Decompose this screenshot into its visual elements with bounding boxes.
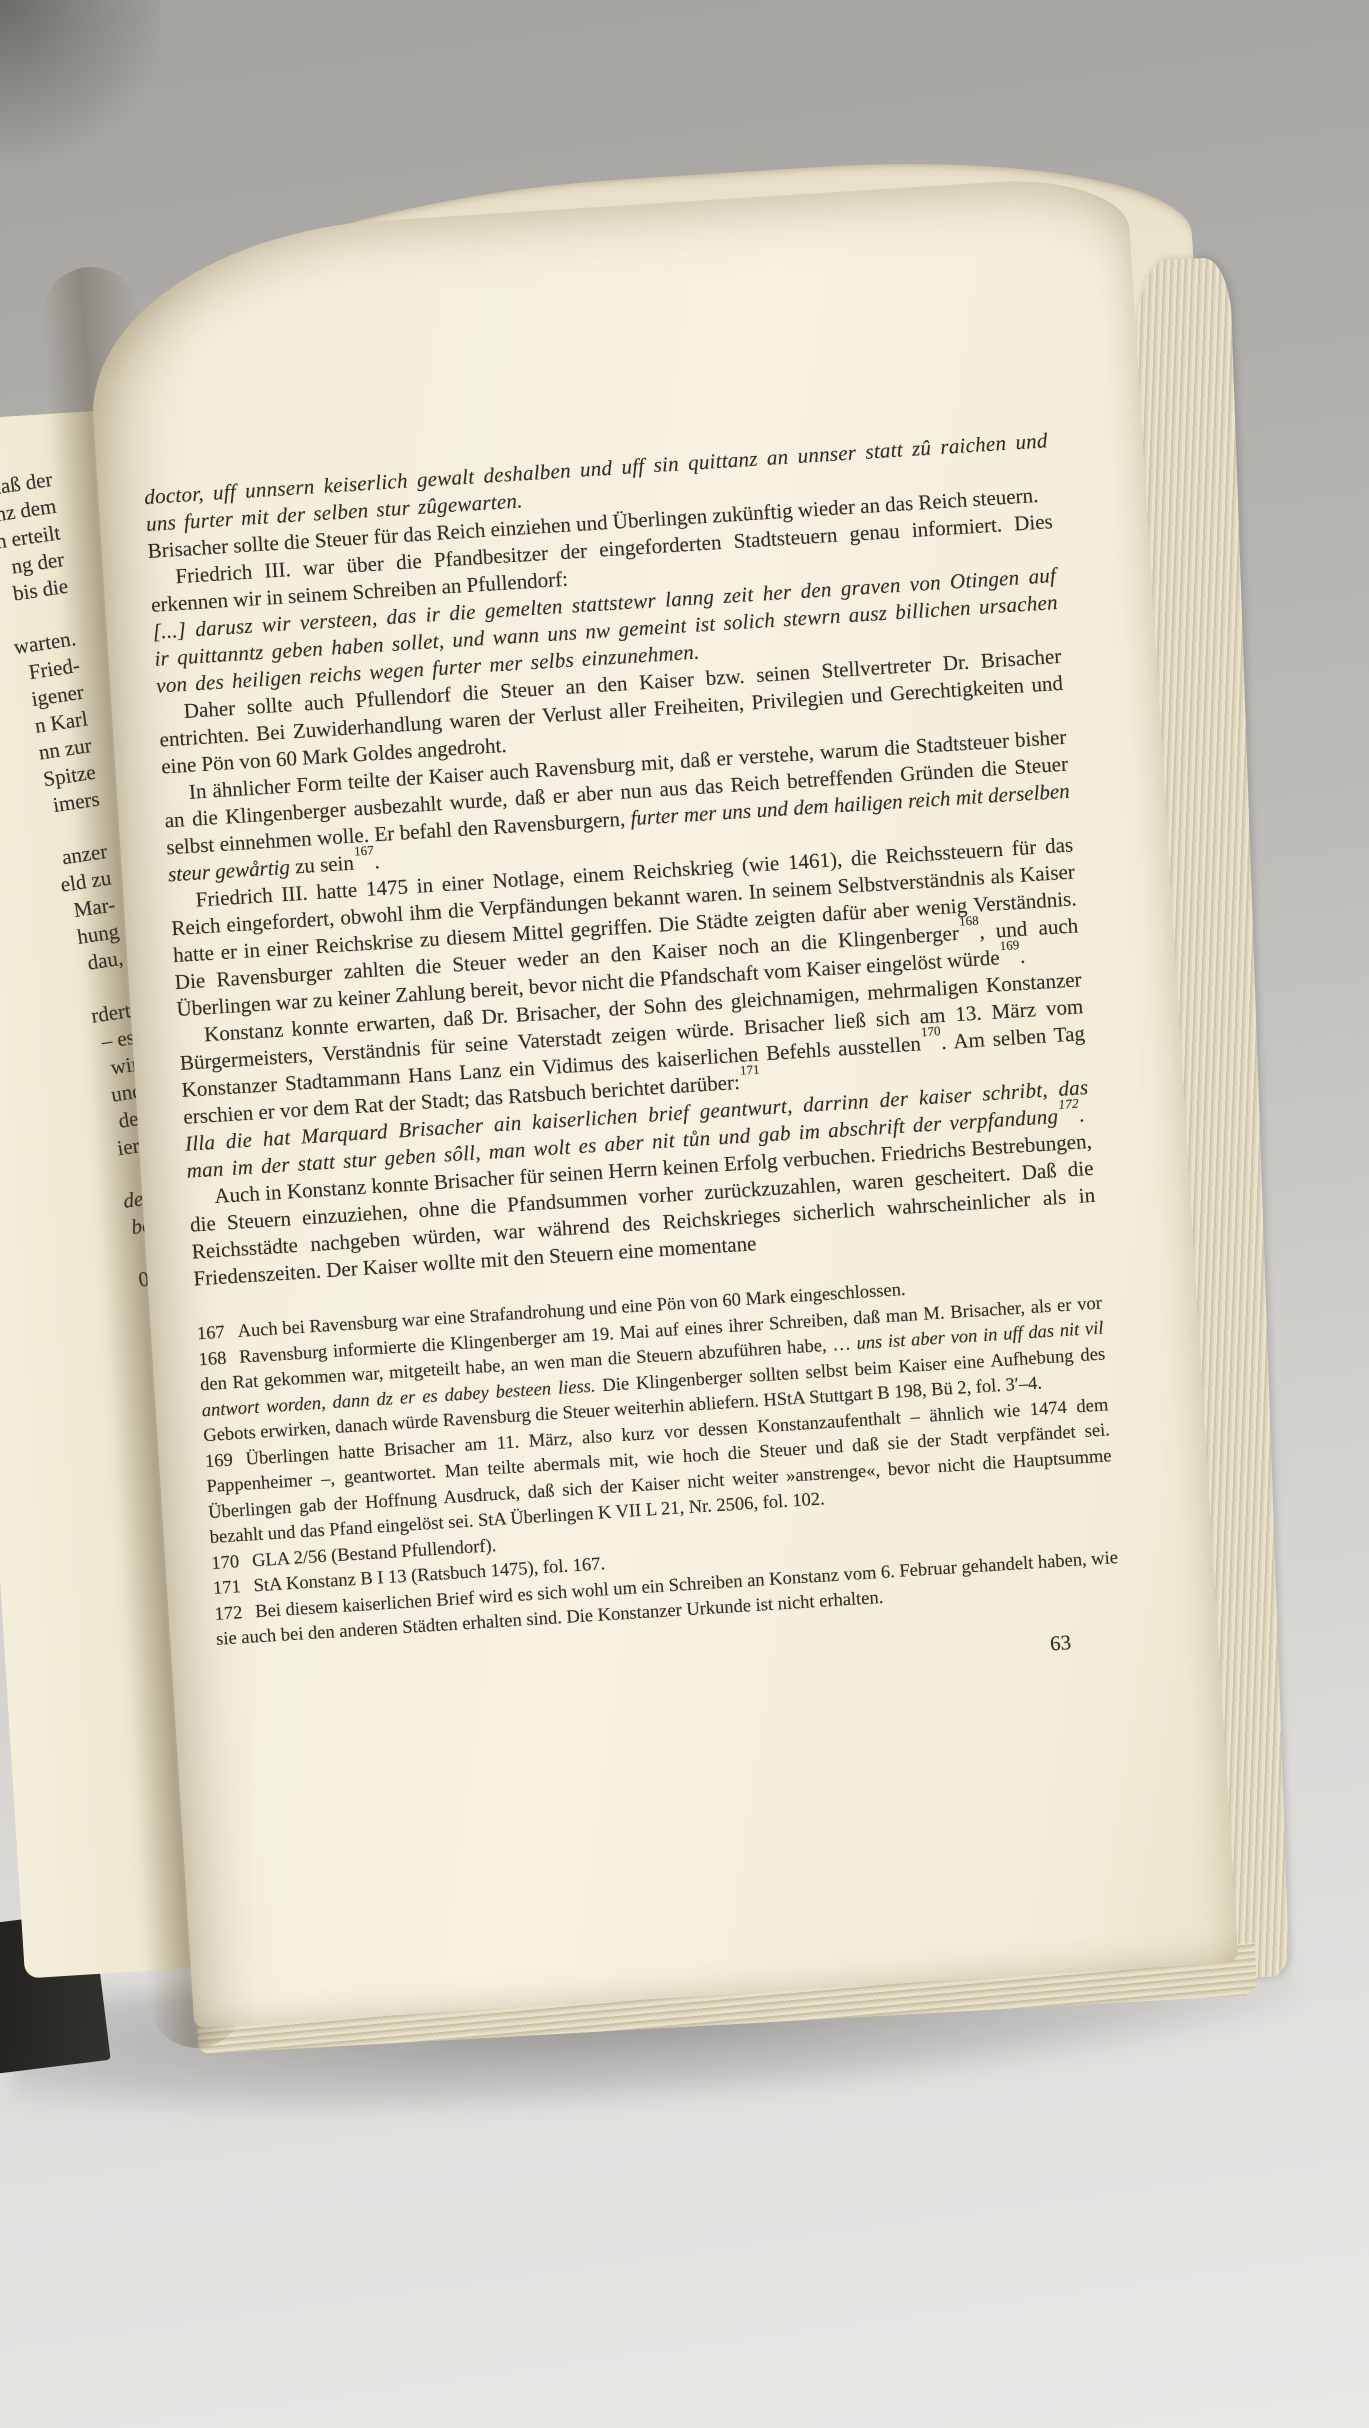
text-run: . (1079, 1102, 1086, 1126)
footnote-number: 172 (214, 1603, 243, 1625)
footnote-number: 169 (204, 1450, 233, 1472)
footnote-reference: 168 (959, 913, 979, 929)
body-text: doctor, uff unnsern keiserlich gewalt de… (144, 427, 1098, 1292)
open-book: daß dernz demn erteiltng derbis diewarte… (0, 122, 1369, 2077)
footnotes: 167Auch bei Ravensburg war eine Strafand… (196, 1266, 1120, 1654)
footnote-reference: 170 (921, 1023, 941, 1039)
text-column: doctor, uff unnsern keiserlich gewalt de… (144, 427, 1124, 1708)
right-page: doctor, uff unnsern keiserlich gewalt de… (82, 174, 1238, 2028)
text-run: . (1019, 944, 1026, 968)
footnote-number: 167 (196, 1323, 225, 1345)
footnote-number: 171 (212, 1577, 241, 1599)
footnote-reference: 171 (740, 1062, 760, 1078)
text-run: zu sein (289, 851, 355, 879)
footnote-number: 168 (198, 1348, 227, 1370)
footnote-reference: 172 (1058, 1096, 1079, 1112)
text-run: . (374, 849, 381, 873)
footnote-reference: 167 (354, 843, 374, 859)
footnote-number: 170 (211, 1552, 240, 1574)
photo-corner-shadow (0, 0, 160, 180)
page-number: 63 (1049, 1630, 1071, 1655)
footnote-reference: 169 (999, 937, 1019, 953)
